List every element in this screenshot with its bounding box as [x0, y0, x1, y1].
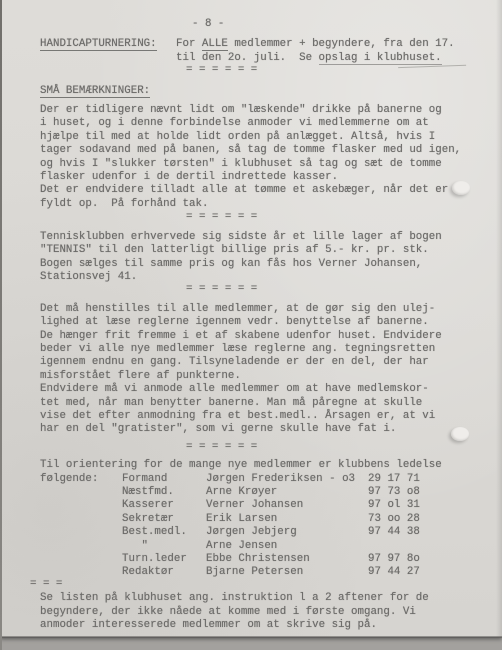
phone-cell: 29 17 71	[368, 473, 420, 486]
handicap-section: HANDICAPTURNERING: For ALLE medlemmer + …	[40, 38, 475, 65]
paragraph-book: Tennisklubben erhvervede sig sidste år e…	[40, 231, 475, 285]
name-cell: Ebbe Christensen	[206, 553, 368, 566]
leadership-intro: Til orientering for de mange nye medlemm…	[40, 459, 475, 472]
paragraph-drinks: Der er tidligere nævnt lidt om "læskende…	[40, 104, 475, 211]
separator: = = = = = =	[186, 283, 475, 296]
leadership-row: "Arne Jensen	[122, 540, 475, 553]
role-cell: Kasserer	[122, 499, 206, 512]
handicap-heading: HANDICAPTURNERING:	[40, 38, 176, 65]
leadership-row: SekretærErik Larsen73 oo 28	[122, 513, 475, 526]
phone-cell: 97 ol 31	[368, 499, 420, 512]
name-cell: Verner Johansen	[206, 499, 368, 512]
separator: = = = = = =	[186, 441, 475, 454]
name-cell: Bjarne Petersen	[206, 566, 368, 579]
leadership-label: følgende:	[40, 473, 122, 580]
role-cell: Best.medl.	[122, 526, 206, 539]
scan-edge-right	[496, 0, 502, 637]
leadership-row: RedaktørBjarne Petersen97 44 27	[122, 566, 475, 579]
page-number: - 8 -	[192, 18, 475, 31]
leadership-list: følgende: FormandJørgen Frederiksen - o3…	[40, 473, 475, 580]
remarks-heading: SMÅ BEMÆRKNINGER:	[40, 85, 475, 98]
leadership-row: Turn.lederEbbe Christensen97 97 8o	[122, 553, 475, 566]
name-cell: Jørgen Frederiksen - o3	[206, 473, 368, 486]
page-content: - 8 - HANDICAPTURNERING: For ALLE medlem…	[40, 14, 475, 632]
scan-edge-left	[0, 0, 2, 650]
pencil-underlined-text: opslag i klubhuset.	[319, 52, 442, 65]
leadership-row: Best.medl.Jørgen Jebjerg97 44 38	[122, 526, 475, 539]
footer-note: Se listen på klubhuset ang. instruktion …	[40, 592, 475, 632]
paragraph-rules: Det må henstilles til alle medlemmer, at…	[40, 303, 475, 437]
phone-cell: 97 44 27	[368, 566, 420, 579]
name-cell: Arne Krøyer	[206, 486, 368, 499]
role-cell: Turn.leder	[122, 553, 206, 566]
role-cell: Redaktør	[122, 566, 206, 579]
name-cell: Jørgen Jebjerg	[206, 526, 368, 539]
phone-cell: 97 97 8o	[368, 553, 420, 566]
separator: = = = = = =	[186, 211, 475, 224]
separator: = = = = = =	[186, 64, 475, 77]
name-cell: Erik Larsen	[206, 513, 368, 526]
phone-cell: 73 oo 28	[368, 513, 420, 526]
phone-cell: 97 73 o8	[368, 486, 420, 499]
name-cell: Arne Jensen	[206, 540, 368, 553]
handicap-text: For ALLE medlemmer + begyndere, fra den …	[176, 38, 455, 65]
phone-cell: 97 44 38	[368, 526, 420, 539]
leadership-row: FormandJørgen Frederiksen - o329 17 71	[122, 473, 475, 486]
role-cell: Sekretær	[122, 513, 206, 526]
role-cell: Næstfmd.	[122, 486, 206, 499]
role-cell: "	[122, 540, 206, 553]
emphasis-alle: ALLE	[202, 38, 228, 51]
leadership-row: KassererVerner Johansen97 ol 31	[122, 499, 475, 512]
leadership-row: Næstfmd.Arne Krøyer97 73 o8	[122, 486, 475, 499]
paper-bottom-edge	[0, 636, 502, 638]
role-cell: Formand	[122, 473, 206, 486]
separator-small: = = =	[30, 578, 475, 591]
